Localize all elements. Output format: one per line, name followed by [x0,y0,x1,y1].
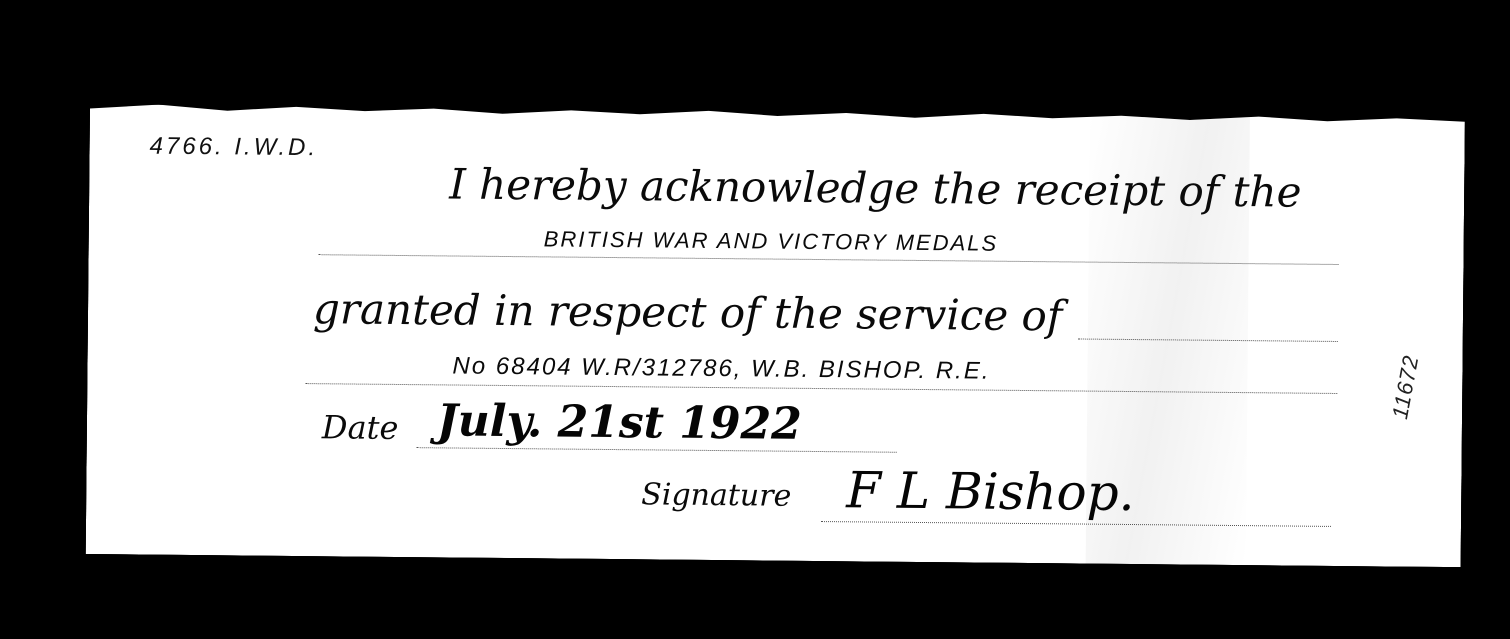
signature-value: F L Bishop. [846,461,1135,522]
service-number-entry: No 68404 W.R/312786, W.B. BISHOP. R.E. [452,352,990,385]
reference-note: 4766. I.W.D. [149,133,318,163]
signature-dotted-line [821,521,1331,527]
service-line: granted in respect of the service of [313,284,1063,340]
medals-entry: BRITISH WAR AND VICTORY MEDALS [544,226,999,256]
side-note: 11672 [1387,353,1424,421]
date-label: Date [322,408,399,447]
signature-label: Signature [641,477,791,513]
date-value: July. 21st 1922 [437,395,802,449]
acknowledgement-line: I hereby acknowledge the receipt of the [449,159,1302,216]
medal-receipt-card: 4766. I.W.D. I hereby acknowledge the re… [86,104,1465,567]
